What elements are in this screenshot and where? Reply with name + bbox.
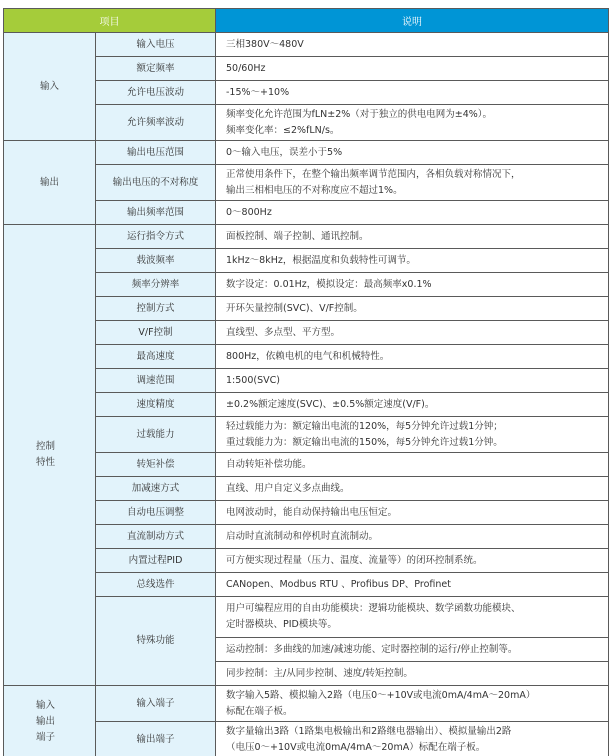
item-label: 输入端子 bbox=[96, 686, 216, 722]
item-label: V/F控制 bbox=[96, 321, 216, 345]
item-desc: 可方便实现过程量（压力、温度、流量等）的闭环控制系统。 bbox=[216, 549, 609, 573]
item-desc: 直线型、多点型、平方型。 bbox=[216, 321, 609, 345]
item-label: 直流制动方式 bbox=[96, 525, 216, 549]
desc-line: 轻过载能力为：额定输出电流的120%，每5分钟允许过载1分钟； bbox=[226, 419, 600, 435]
desc-line: 输出三相相电压的不对称度应不超过1%。 bbox=[226, 183, 600, 199]
spec-table: 项目 说明 输入 输入电压 三相380V～480V 额定频率 50/60Hz 允… bbox=[3, 8, 609, 756]
item-desc: 正常使用条件下，在整个输出频率调节范围内，各相负载对称情况下， 输出三相相电压的… bbox=[216, 165, 609, 201]
item-desc: 800Hz，依赖电机的电气和机械特性。 bbox=[216, 345, 609, 369]
item-desc: 开环矢量控制(SVC)、V/F控制。 bbox=[216, 297, 609, 321]
table-row: 输出 输出电压范围 0～输入电压，误差小于5% bbox=[4, 141, 609, 165]
category-input: 输入 bbox=[4, 33, 96, 141]
item-label: 运行指令方式 bbox=[96, 225, 216, 249]
table-row: 输入 输入电压 三相380V～480V bbox=[4, 33, 609, 57]
item-desc: 同步控制：主/从同步控制、速度/转矩控制。 bbox=[216, 662, 609, 686]
item-label: 转矩补偿 bbox=[96, 453, 216, 477]
category-label: 输出 bbox=[36, 714, 87, 730]
desc-line: 频率变化允许范围为fLN±2%（对于独立的供电电网为±4%）。 bbox=[226, 107, 600, 123]
item-desc: 运动控制：多曲线的加速/减速功能、定时器控制的运行/停止控制等。 bbox=[216, 638, 609, 662]
item-label: 输出电压范围 bbox=[96, 141, 216, 165]
category-label: 输入 bbox=[36, 698, 87, 714]
item-label: 控制方式 bbox=[96, 297, 216, 321]
table-header: 项目 说明 bbox=[4, 9, 609, 33]
desc-line: 标配在端子板。 bbox=[226, 704, 600, 720]
item-desc: 1:500(SVC) bbox=[216, 369, 609, 393]
item-desc: 数字量输出3路（1路集电极输出和2路继电器输出）、模拟量输出2路 （电压0～+1… bbox=[216, 722, 609, 756]
item-desc: 0～800Hz bbox=[216, 201, 609, 225]
desc-line: 定时器模块、PID模块等。 bbox=[226, 617, 600, 633]
item-desc: 数字输入5路、模拟输入2路（电压0～+10V或电流0mA/4mA～20mA） 标… bbox=[216, 686, 609, 722]
desc-line: 数字输入5路、模拟输入2路（电压0～+10V或电流0mA/4mA～20mA） bbox=[226, 688, 600, 704]
item-label: 调速范围 bbox=[96, 369, 216, 393]
item-label: 载波频率 bbox=[96, 249, 216, 273]
item-label: 最高速度 bbox=[96, 345, 216, 369]
item-desc: 电网波动时，能自动保持输出电压恒定。 bbox=[216, 501, 609, 525]
item-desc: 50/60Hz bbox=[216, 57, 609, 81]
item-label: 自动电压调整 bbox=[96, 501, 216, 525]
category-io-terminals: 输入 输出 端子 bbox=[4, 686, 96, 756]
desc-line: 用户可编程应用的自由功能模块：逻辑功能模块、数学函数功能模块、 bbox=[226, 601, 600, 617]
table-row: 控制 特性 运行指令方式 面板控制、端子控制、通讯控制。 bbox=[4, 225, 609, 249]
item-label: 特殊功能 bbox=[96, 597, 216, 686]
item-label: 速度精度 bbox=[96, 393, 216, 417]
desc-line: 正常使用条件下，在整个输出频率调节范围内，各相负载对称情况下， bbox=[226, 167, 600, 183]
item-label: 过载能力 bbox=[96, 417, 216, 453]
item-desc: 用户可编程应用的自由功能模块：逻辑功能模块、数学函数功能模块、 定时器模块、PI… bbox=[216, 597, 609, 638]
item-label: 额定频率 bbox=[96, 57, 216, 81]
item-label: 允许频率波动 bbox=[96, 105, 216, 141]
desc-line: 重过载能力为：额定输出电流的150%，每5分钟允许过载1分钟。 bbox=[226, 435, 600, 451]
category-label: 输入 bbox=[12, 79, 87, 95]
item-label: 输出电压的不对称度 bbox=[96, 165, 216, 201]
category-label: 端子 bbox=[36, 730, 87, 746]
header-description: 说明 bbox=[216, 9, 609, 33]
desc-line: 频率变化率：≤2%fLN/s。 bbox=[226, 123, 600, 139]
item-label: 内置过程PID bbox=[96, 549, 216, 573]
item-desc: 1kHz～8kHz，根据温度和负载特性可调节。 bbox=[216, 249, 609, 273]
category-control: 控制 特性 bbox=[4, 225, 96, 686]
desc-line: （电压0～+10V或电流0mA/4mA～20mA）标配在端子板。 bbox=[226, 740, 600, 756]
item-desc: 轻过载能力为：额定输出电流的120%，每5分钟允许过载1分钟； 重过载能力为：额… bbox=[216, 417, 609, 453]
item-desc: 面板控制、端子控制、通讯控制。 bbox=[216, 225, 609, 249]
item-desc: 直线、用户自定义多点曲线。 bbox=[216, 477, 609, 501]
item-label: 频率分辨率 bbox=[96, 273, 216, 297]
item-label: 允许电压波动 bbox=[96, 81, 216, 105]
item-label: 输出频率范围 bbox=[96, 201, 216, 225]
item-desc: 三相380V～480V bbox=[216, 33, 609, 57]
table-row: 输入 输出 端子 输入端子 数字输入5路、模拟输入2路（电压0～+10V或电流0… bbox=[4, 686, 609, 722]
item-desc: 0～输入电压，误差小于5% bbox=[216, 141, 609, 165]
item-label: 输出端子 bbox=[96, 722, 216, 756]
item-desc: 数字设定：0.01Hz，模拟设定：最高频率x0.1% bbox=[216, 273, 609, 297]
item-desc: 自动转矩补偿功能。 bbox=[216, 453, 609, 477]
item-desc: CANopen、Modbus RTU 、Profibus DP、Profinet bbox=[216, 573, 609, 597]
item-label: 加减速方式 bbox=[96, 477, 216, 501]
category-label: 控制 bbox=[36, 439, 87, 455]
header-item: 项目 bbox=[4, 9, 216, 33]
category-output: 输出 bbox=[4, 141, 96, 225]
category-label: 输出 bbox=[12, 175, 87, 191]
item-label: 输入电压 bbox=[96, 33, 216, 57]
item-desc: ±0.2%额定速度(SVC)、±0.5%额定速度(V/F)。 bbox=[216, 393, 609, 417]
item-desc: 启动时直流制动和停机时直流制动。 bbox=[216, 525, 609, 549]
item-desc: -15%～+10% bbox=[216, 81, 609, 105]
category-label: 特性 bbox=[36, 455, 87, 471]
item-desc: 频率变化允许范围为fLN±2%（对于独立的供电电网为±4%）。 频率变化率：≤2… bbox=[216, 105, 609, 141]
item-label: 总线选件 bbox=[96, 573, 216, 597]
desc-line: 数字量输出3路（1路集电极输出和2路继电器输出）、模拟量输出2路 bbox=[226, 724, 600, 740]
